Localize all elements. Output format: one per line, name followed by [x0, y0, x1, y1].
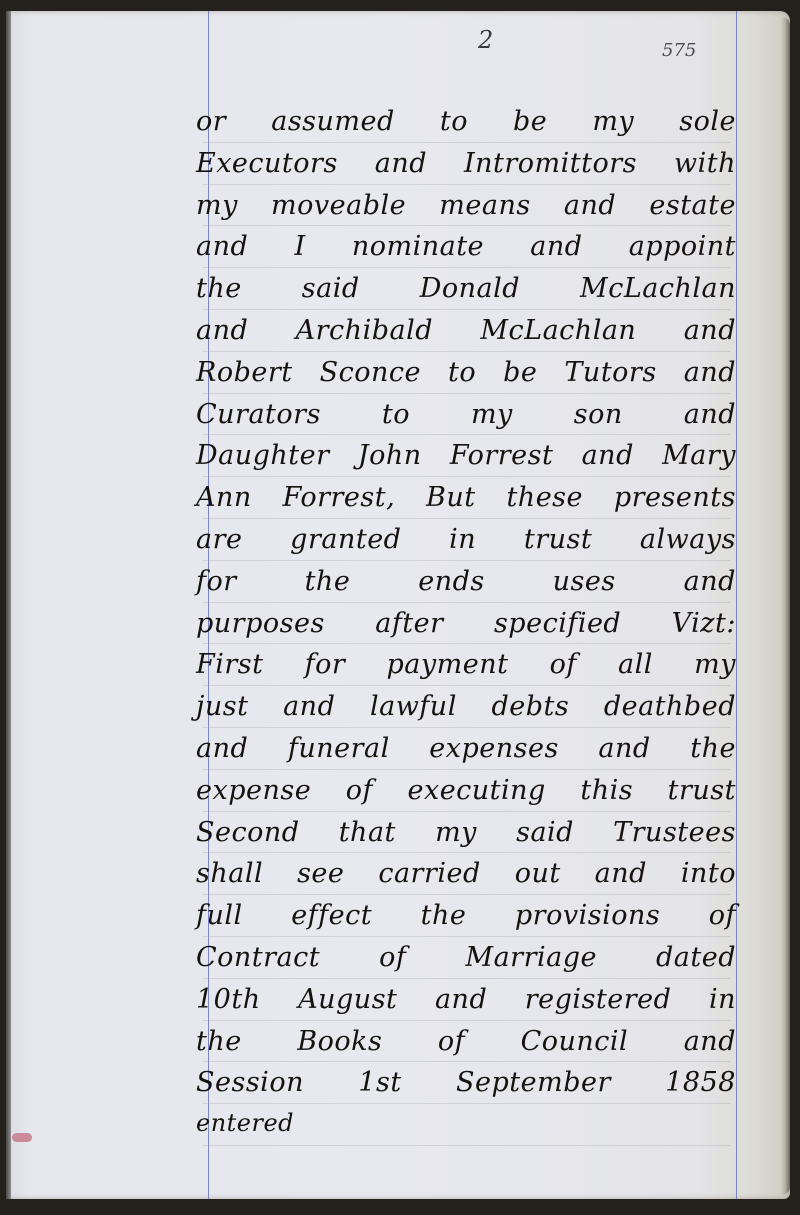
manuscript-word: effect [291, 900, 372, 931]
page-binding-edge [6, 11, 11, 1199]
manuscript-word: of [550, 649, 577, 680]
scanned-manuscript: 2 575 orassumedtobemysoleExecutorsandInt… [0, 0, 800, 1215]
manuscript-word: trust [668, 775, 736, 806]
manuscript-word: all [618, 649, 653, 680]
manuscript-word: funeral [288, 733, 390, 764]
manuscript-word: and [582, 440, 634, 471]
manuscript-word: Marriage [465, 942, 597, 973]
manuscript-word: expense [196, 775, 311, 806]
manuscript-word: said [302, 273, 360, 304]
manuscript-word: be [513, 106, 547, 137]
manuscript-word: 1st [358, 1067, 401, 1098]
manuscript-word: lawful [370, 691, 457, 722]
manuscript-word: granted [290, 524, 401, 555]
manuscript-word: John [358, 440, 422, 471]
manuscript-word: payment [386, 649, 508, 680]
ruled-line [203, 936, 730, 937]
manuscript-word: deathbed [604, 691, 736, 722]
ruled-line [203, 351, 730, 352]
page-fore-edge [780, 17, 790, 1195]
manuscript-word: expenses [429, 733, 559, 764]
manuscript-word: and [684, 566, 736, 597]
manuscript-word: and [435, 984, 487, 1015]
manuscript-word: and [684, 399, 736, 430]
manuscript-word: and [375, 148, 427, 179]
ruled-line [203, 978, 730, 979]
manuscript-word: be [503, 357, 537, 388]
ruled-line [203, 727, 730, 728]
manuscript-word: registered [525, 984, 672, 1015]
manuscript-word: always [640, 524, 736, 555]
manuscript-word: or [196, 106, 226, 137]
manuscript-word: of [438, 1026, 465, 1057]
manuscript-word: Curators [196, 399, 321, 430]
manuscript-word: to [440, 106, 468, 137]
ruled-line [203, 685, 730, 686]
ruled-line [203, 602, 730, 603]
ruled-line [203, 309, 730, 310]
manuscript-word: Forrest, [283, 482, 396, 513]
ruled-line [203, 1020, 730, 1021]
manuscript-word: dated [656, 942, 736, 973]
manuscript-word: in [449, 524, 476, 555]
ruled-line [203, 142, 730, 143]
manuscript-word: my [471, 399, 513, 430]
manuscript-word: are [196, 524, 242, 555]
manuscript-word: August [298, 984, 397, 1015]
manuscript-word: and [684, 357, 736, 388]
manuscript-word: First [196, 649, 263, 680]
manuscript-word: these [506, 482, 583, 513]
manuscript-word: Second [196, 817, 300, 848]
manuscript-word: Books [297, 1026, 382, 1057]
manuscript-word: and [598, 733, 650, 764]
ruled-line [203, 476, 730, 477]
manuscript-word: in [709, 984, 736, 1015]
ruled-line [203, 643, 730, 644]
ruled-line [203, 852, 730, 853]
ruled-line [203, 225, 730, 226]
handwritten-text-block: orassumedtobemysoleExecutorsandIntromitt… [196, 106, 756, 1151]
manuscript-word: ends [418, 566, 485, 597]
manuscript-word: debts [491, 691, 569, 722]
manuscript-word: sole [679, 106, 736, 137]
manuscript-word: Ann [196, 482, 252, 513]
manuscript-word: Tutors [564, 357, 656, 388]
manuscript-word: presents [614, 482, 736, 513]
manuscript-word: see [297, 858, 344, 889]
ruled-line [203, 894, 730, 895]
manuscript-word: carried [378, 858, 480, 889]
manuscript-word: 1858 [665, 1067, 736, 1098]
manuscript-word: to [382, 399, 410, 430]
manuscript-word: Council [521, 1026, 629, 1057]
manuscript-word: McLachlan [480, 315, 636, 346]
manuscript-word: Trustees [613, 817, 736, 848]
manuscript-word: said [516, 817, 574, 848]
manuscript-word: Robert [196, 357, 293, 388]
manuscript-word: and [684, 1026, 736, 1057]
manuscript-word: and [283, 691, 335, 722]
ruled-line [203, 518, 730, 519]
manuscript-word: full [196, 900, 243, 931]
manuscript-word: purposes [196, 608, 325, 639]
ruled-line [203, 1103, 730, 1104]
manuscript-word: into [681, 858, 736, 889]
manuscript-word: estate [649, 190, 736, 221]
ruled-line [203, 393, 730, 394]
ruled-line [203, 1145, 730, 1146]
ruled-line [203, 1061, 730, 1062]
manuscript-word: September [456, 1067, 611, 1098]
ruled-line [203, 267, 730, 268]
manuscript-word: But [426, 482, 476, 513]
manuscript-word: my [435, 817, 477, 848]
manuscript-word: and [196, 231, 248, 262]
pink-tab-mark [12, 1133, 32, 1142]
manuscript-word: my [196, 190, 238, 221]
manuscript-word: for [196, 566, 237, 597]
manuscript-word: Sconce [320, 357, 421, 388]
manuscript-word: entered [196, 1109, 294, 1137]
manuscript-word: and [196, 733, 248, 764]
manuscript-word: Vizt: [672, 608, 736, 639]
manuscript-word: assumed [271, 106, 395, 137]
manuscript-word: and [564, 190, 616, 221]
manuscript-word: that [339, 817, 396, 848]
manuscript-word: the [690, 733, 736, 764]
ruled-line [203, 184, 730, 185]
manuscript-word: and [595, 858, 647, 889]
manuscript-word: moveable [271, 190, 406, 221]
ruled-line [203, 811, 730, 812]
ruled-line [203, 434, 730, 435]
manuscript-word: my [694, 649, 736, 680]
manuscript-word: and [684, 315, 736, 346]
manuscript-word: nominate [352, 231, 484, 262]
manuscript-word: Executors [196, 148, 338, 179]
ruled-line [203, 560, 730, 561]
ruled-line [203, 769, 730, 770]
manuscript-word: Archibald [296, 315, 433, 346]
manuscript-word: 10th [196, 984, 261, 1015]
manuscript-word: the [305, 566, 351, 597]
manuscript-word: Contract [196, 942, 320, 973]
manuscript-word: Intromittors [464, 148, 637, 179]
manuscript-word: appoint [629, 231, 736, 262]
manuscript-word: specified [494, 608, 621, 639]
manuscript-word: of [346, 775, 373, 806]
manuscript-word: Daughter [196, 440, 330, 471]
manuscript-word: with [674, 148, 736, 179]
manuscript-word: out [515, 858, 561, 889]
manuscript-word: Donald [420, 273, 520, 304]
page-number-center: 2 [478, 26, 493, 54]
manuscript-word: my [592, 106, 634, 137]
manuscript-word: provisions [515, 900, 660, 931]
manuscript-word: for [305, 649, 346, 680]
manuscript-word: son [574, 399, 623, 430]
manuscript-word: of [709, 900, 736, 931]
manuscript-word: of [379, 942, 406, 973]
manuscript-word: this [580, 775, 633, 806]
manuscript-word: shall [196, 858, 263, 889]
manuscript-word: to [448, 357, 476, 388]
manuscript-word: executing [407, 775, 545, 806]
manuscript-word: the [196, 1026, 242, 1057]
manuscript-word: I [294, 231, 305, 262]
manuscript-word: means [439, 190, 530, 221]
manuscript-word: the [421, 900, 467, 931]
manuscript-word: and [196, 315, 248, 346]
manuscript-word: uses [553, 566, 616, 597]
manuscript-word: Session [196, 1067, 304, 1098]
manuscript-word: Forrest [450, 440, 554, 471]
manuscript-word: Mary [662, 440, 736, 471]
manuscript-word: the [196, 273, 242, 304]
manuscript-word: trust [524, 524, 592, 555]
folio-number: 575 [662, 40, 696, 61]
manuscript-word: McLachlan [580, 273, 736, 304]
manuscript-word: just [196, 691, 248, 722]
manuscript-word: and [530, 231, 582, 262]
manuscript-word: after [375, 608, 443, 639]
